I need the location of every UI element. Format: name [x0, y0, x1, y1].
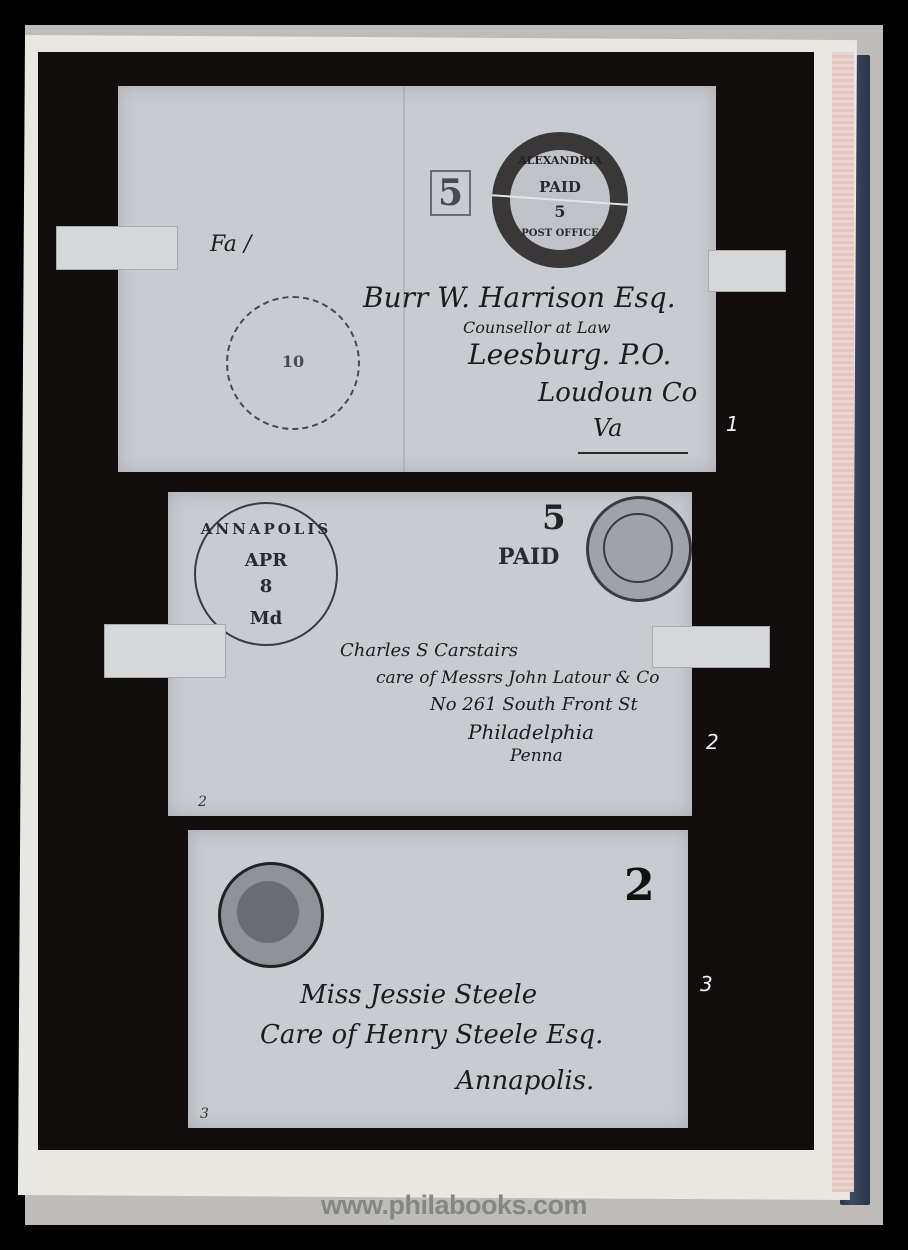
address-line-1: Miss Jessie Steele — [300, 980, 537, 1010]
watermark: www.philabooks.com — [0, 1190, 908, 1221]
address-line-2: Counsellor at Law — [463, 318, 611, 337]
plate-number-2: 2 — [706, 730, 719, 754]
mount-tab — [652, 626, 770, 668]
address-line-4: Philadelphia — [468, 720, 594, 744]
town-postmark: 10 — [226, 296, 360, 430]
plate-number-1: 1 — [726, 412, 739, 436]
address-line-1: Burr W. Harrison Esq. — [363, 281, 676, 314]
rate-mark: 5 — [430, 170, 471, 216]
cover-1: ALEXANDRIA PAID 5 POST OFFICE 5 10 Fa / … — [118, 86, 716, 472]
address-line-3: Annapolis. — [456, 1066, 594, 1096]
mount-tab — [708, 250, 786, 292]
page-edges — [832, 52, 854, 1192]
address-line-4: Loudoun Co — [538, 378, 697, 408]
address-line-5: Penna — [510, 746, 563, 766]
corner-mark: 2 — [198, 794, 207, 810]
annapolis-office-stamp — [218, 862, 324, 968]
cover-2: ANNAPOLIS APR 8 Md 5 PAID Charles S Cars… — [168, 492, 692, 816]
plate-number-3: 3 — [700, 972, 713, 996]
address-line-3: No 261 South Front St — [430, 694, 638, 715]
address-line-3: Leesburg. P.O. — [468, 338, 671, 371]
rate-mark: 2 — [624, 860, 655, 911]
address-line-1: Charles S Carstairs — [340, 640, 518, 661]
rate-mark: 5 — [542, 498, 566, 538]
paid-mark: PAID — [498, 544, 559, 570]
address-line-2: Care of Henry Steele Esq. — [260, 1020, 603, 1050]
docket: Fa / — [210, 232, 251, 257]
mount-tab — [104, 624, 226, 678]
mount-tab — [56, 226, 178, 270]
address-line-2: care of Messrs John Latour & Co — [376, 668, 659, 688]
alexandria-postmaster-stamp: ALEXANDRIA PAID 5 POST OFFICE — [492, 132, 628, 268]
corner-mark: 3 — [200, 1106, 209, 1122]
annapolis-postmaster-stamp — [586, 496, 692, 602]
address-line-5: Va — [593, 414, 622, 442]
cover-3: 2 Miss Jessie Steele Care of Henry Steel… — [188, 830, 688, 1128]
